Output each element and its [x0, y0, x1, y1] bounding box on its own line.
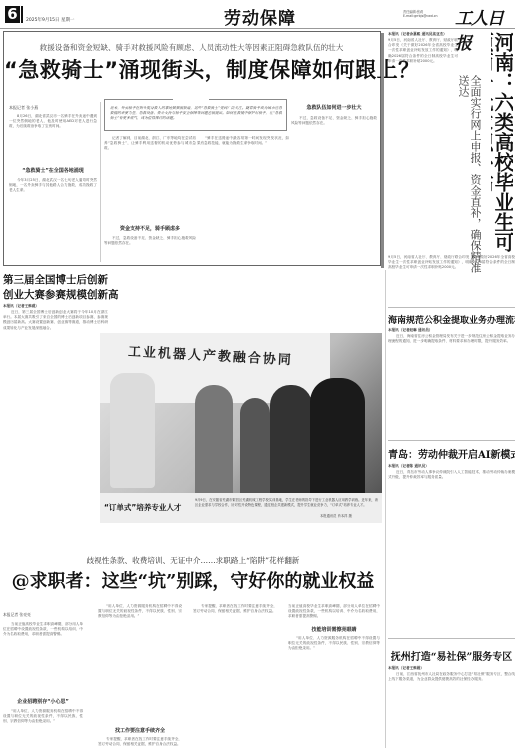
qingdao-byline: 本报讯（记者陈 通讯员）	[388, 464, 429, 469]
bottom-story: 歧视性条款、收费培训、无证中介……求职路上“陷阱”花样翻新 @求职者：这些“坑”…	[3, 552, 383, 748]
lead-kicker: 救援设备和资金短缺、骑手对救援风险有顾虑、人员流动性大等因素正阻碍急救队伍的壮大	[4, 42, 379, 53]
section-title: 劳动保障	[200, 4, 320, 29]
lead-subhead-3: 急救队伍如何进一步壮大	[291, 104, 377, 111]
lead-headline: “急救骑士”涌现街头，制度保障如何跟上？	[4, 54, 379, 84]
right-divider-1	[388, 307, 515, 308]
lead-col-2-text-b: 不过，急救设备不足、资金缺乏、骑手担心施救风险等问题依然存在。	[104, 236, 196, 264]
page-number: 6	[5, 6, 20, 23]
bottom-col-1-text: 当前正值高校毕业生求职高峰期，部分用人单位在招聘中设置歧视性条款，一些机构以培训…	[3, 622, 83, 682]
henan-vertical-subhead: 全面实行网上申报、资金直补，确保精准送达	[467, 75, 481, 275]
editor-info: 责任编辑:张莉 E-mail:grrbjs@cwd.cn	[403, 10, 438, 18]
lead-byline: 本报记者 张小燕	[9, 105, 38, 111]
photo-title: “订单式”培养专业人才	[104, 502, 181, 513]
fuzhou-byline: 本报讯（记者王维娟）	[388, 666, 424, 671]
bottom-headline: @求职者：这些“坑”别踩，守好你的就业权益	[3, 567, 383, 593]
henan-text: 9月5日，河南省人社厅、教育厅、财政厅联合印发《关于做好2026年全省高校毕业生…	[388, 38, 458, 258]
right-column: 本报讯（记者余嘉熙 通讯员高亚杰） 9月5日，河南省人社厅、教育厅、财政厅联合印…	[388, 30, 515, 748]
person-1	[195, 385, 233, 493]
qingdao-text: 近日，青岛市劳动人事争议仲裁院引入人工智能技术，推动劳动仲裁办案模式升级，提升仲…	[388, 470, 515, 635]
editor-email: E-mail:grrbjs@cwd.cn	[403, 14, 438, 18]
photo-block: 工业机器人产教融合协同 “订单式”培养专业人才 9月9日，在安徽省芜湖市繁昌区芜…	[100, 333, 382, 523]
reading-tip-text: 近来，外卖骑手在街头挺身救人的事迹频频被报道，这些“急救骑士”受到广泛关注。随着…	[110, 106, 282, 130]
left-text: 近日，第三届全国博士后创新创业大赛将于今年10月在浙江举行。本届大赛共吸引了来自…	[3, 310, 108, 542]
left-headline-1: 第三届全国博士后创新	[3, 272, 108, 287]
hainan-byline: 本报讯（记者赵琳 通讯员）	[388, 328, 432, 333]
person-2	[240, 398, 270, 493]
bottom-subhead-1: 企业招聘别存“小心思”	[3, 698, 83, 705]
left-byline: 本报讯（记者王维砚）	[3, 304, 39, 309]
page-number-bar	[21, 6, 23, 23]
reading-tip-label: 阅读提示	[173, 95, 209, 104]
person-4	[310, 378, 365, 493]
hainan-headline: 海南规范公积金提取业务办理流程	[388, 313, 515, 326]
lead-col-2-text: 记者了解到，目前湖北、浙江、广东等地均在尝试培养“急救骑士”，让骑手利用送餐的机…	[104, 136, 196, 218]
bottom-col-2-text-b: 专家提醒，求职者在找工作时要注意手续齐全，签订劳动合同，保留相关证据，维护自身合…	[98, 737, 182, 747]
col-divider	[100, 102, 101, 262]
bottom-col-4-text-b: “用人单位、人力资源服务机构在招聘中不得设置与职位无关的歧视性条件，不得以民族、…	[288, 636, 380, 746]
issue-date: 2025年9月15日 星期一	[26, 17, 74, 23]
qingdao-headline: 青岛：劳动仲裁开启AI新模式	[388, 446, 515, 461]
hainan-text: 近日，海南省住房公积金管理局发布关于进一步规范住房公积金提取业务办理流程的通知，…	[388, 334, 515, 439]
lead-story: 救援设备和资金短缺、骑手对救援风险有顾虑、人员流动性大等因素正阻碍急救队伍的壮大…	[3, 31, 381, 266]
henan-byline: 本报讯（记者余嘉熙 通讯员高亚杰）	[388, 32, 458, 37]
left-story: 第三届全国博士后创新 创业大赛参赛规模创新高 本报讯（记者王维砚） 近日，第三届…	[3, 270, 108, 545]
page-header: 6 2025年9月15日 星期一 劳动保障 责任编辑:张莉 E-mail:grr…	[0, 0, 515, 29]
lead-box-shadow	[381, 33, 384, 268]
fuzhou-headline: 抚州打造“易社保”服务专区	[388, 648, 515, 663]
henan-text-wide: 9月5日，河南省人社厅、教育厅、财政厅联合印发《关于做好2026年全省高校毕业生…	[388, 255, 515, 303]
bottom-subhead-3: 技能培训需擦亮眼睛	[288, 626, 380, 633]
photo-credit: 本报通讯员 肖本祥 摄	[320, 513, 352, 518]
lead-subhead-1: “急救骑士”在全国各地涌现	[9, 167, 97, 174]
person-3	[270, 385, 312, 493]
bottom-col-3-text: 专家提醒，求职者在找工作时要注意手续齐全，签订劳动合同，保留相关证据，维护自身合…	[193, 604, 277, 747]
photo-caption-bar: “订单式”培养专业人才 9月9日，在安徽省芜湖市繁昌区芜湖机械工程学校实训基地，…	[100, 493, 382, 523]
bottom-subhead-2: 找工作要注意手续齐全	[98, 727, 182, 734]
lead-col-1-text-b: 今年3月25日，湖北武汉一名七旬老人遛弯时突然倒地，一名外卖骑手与其他路人合力施…	[9, 178, 97, 263]
header-rule	[0, 28, 515, 29]
right-divider-2	[388, 440, 515, 441]
bottom-col-2-text: “用人单位、人力资源服务机构在招聘中不得设置与职位无关的歧视性条件，不得以民族、…	[98, 604, 182, 712]
bottom-byline: 本报记者 张亮亮	[3, 612, 31, 618]
bottom-col-4-text: 当前正值高校毕业生求职高峰期，部分用人单位在招聘中设置歧视性条款，一些机构以培训…	[288, 604, 380, 624]
reading-tip: 阅读提示 近来，外卖骑手在街头挺身救人的事迹频频被报道，这些“急救骑士”受到广泛…	[104, 99, 287, 131]
robot-arm	[110, 373, 155, 488]
right-column-divider	[385, 270, 386, 748]
lead-subhead-2: 资金支持不足，骑手顾虑多	[104, 225, 196, 232]
henan-vertical-headline: 河南：六类高校毕业生可领两千元求职补贴	[491, 32, 513, 267]
photo-image: 工业机器人产教融合协同	[100, 333, 382, 493]
lead-col-3-text: “骑手在送餐途中最容易第一时间发现突发状况，如果有急救技能，就能为挽救生命争取时…	[197, 136, 289, 264]
bottom-kicker: 歧视性条款、收费培训、无证中介……求职路上“陷阱”花样翻新	[3, 555, 383, 566]
bottom-col-1-text-b: “用人单位、人力资源服务机构在招聘中不得设置与职位无关的歧视性条件，不得以民族、…	[3, 709, 83, 747]
right-divider-3	[388, 638, 515, 639]
fuzhou-text: 日前，江西省抚州市人社局在政务服务中心打造“易社保”服务专区，整合线上线下服务渠…	[388, 672, 515, 747]
left-headline-2: 创业大赛参赛规模创新高	[3, 287, 108, 302]
lead-col-4-text: 不过，急救设备不足、资金缺乏、骑手担心施救风险等问题依然存在。	[291, 116, 377, 264]
